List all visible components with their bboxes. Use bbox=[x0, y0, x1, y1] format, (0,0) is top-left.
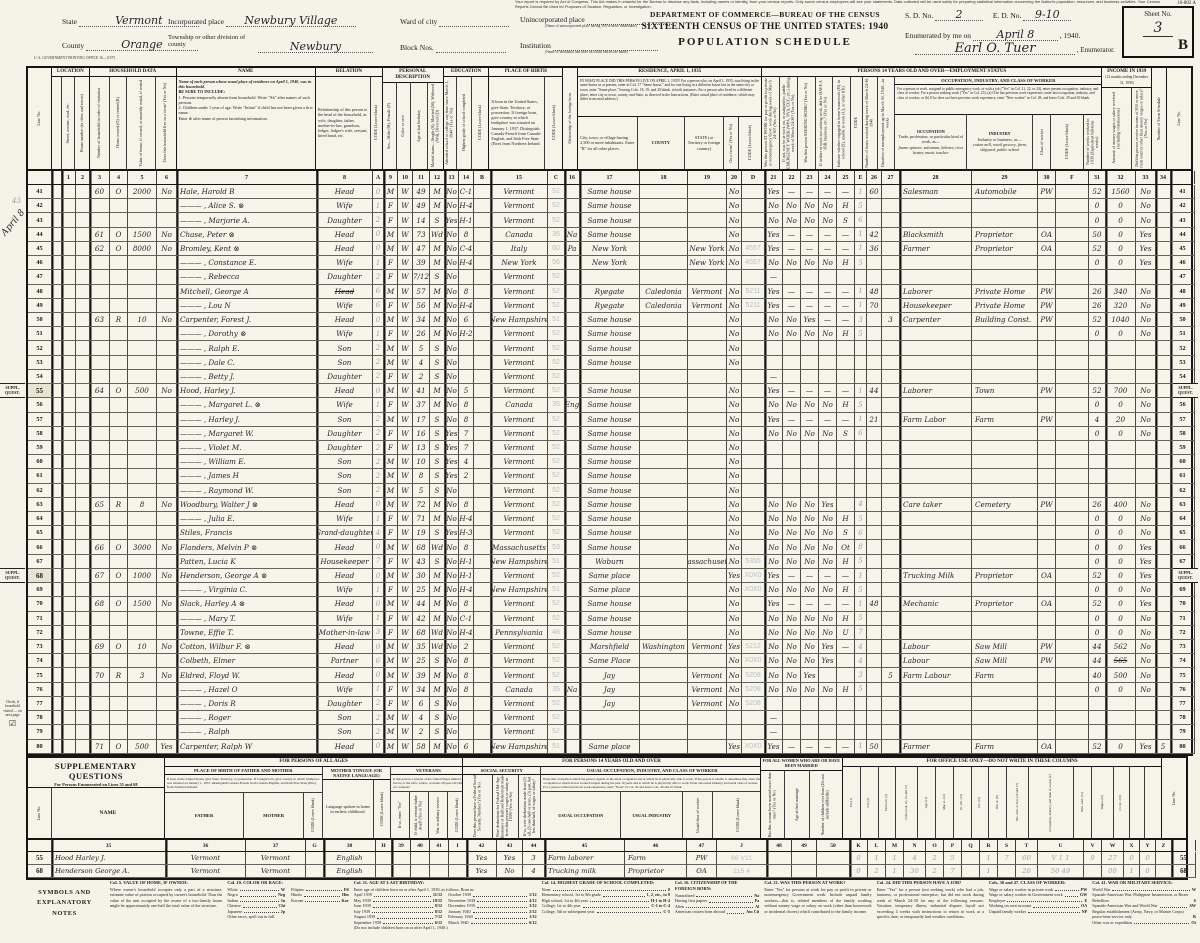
cell-stt-line-53 bbox=[688, 356, 727, 370]
cell-ag-line-46: 39 bbox=[413, 256, 430, 270]
cell-cr-line-80: W bbox=[398, 740, 413, 754]
cell-hh-line-61 bbox=[90, 469, 110, 483]
cell-b-line-54 bbox=[474, 370, 491, 384]
cell-st-line-46 bbox=[62, 256, 76, 270]
cell-own-line-51 bbox=[110, 327, 128, 341]
cell-b-line-49 bbox=[474, 299, 491, 313]
cell-own-line-52 bbox=[110, 341, 128, 355]
cell-oc-line-69 bbox=[900, 583, 972, 597]
cell-cw-line-73: PW bbox=[1038, 640, 1056, 654]
cell-hn-line-69 bbox=[76, 583, 90, 597]
cell-hh-line-60 bbox=[90, 455, 110, 469]
cell-at-line-79: No bbox=[445, 725, 459, 739]
cell-q25-line-52 bbox=[837, 341, 855, 355]
cell-co-line-61 bbox=[640, 469, 688, 483]
cell-cw-line-52 bbox=[1038, 341, 1056, 355]
cell-b-line-78 bbox=[474, 711, 491, 725]
cell-co-line-52 bbox=[640, 341, 688, 355]
cell-own-line-41: O bbox=[110, 185, 128, 199]
cell-ag-line-47: 7/12 bbox=[413, 270, 430, 284]
cell-cw-line-77 bbox=[1038, 697, 1056, 711]
cell-q25-line-51: H bbox=[837, 327, 855, 341]
supp-col-number: K bbox=[850, 840, 868, 851]
cell-own-line-71 bbox=[110, 612, 128, 626]
supp-office-cell: 30 bbox=[904, 865, 926, 878]
cell-q22-line-54 bbox=[783, 370, 801, 384]
cell-q21-line-80: Yes bbox=[765, 740, 783, 754]
cell-at-line-80: No bbox=[445, 740, 459, 754]
cell-rl-line-77: Daughter bbox=[317, 697, 373, 711]
cell-in-line-64 bbox=[972, 512, 1038, 526]
cell-oc-line-58 bbox=[900, 427, 972, 441]
cell-hr-line-68 bbox=[867, 569, 882, 583]
cell-sx-line-64: F bbox=[384, 512, 398, 526]
cell-st-line-52 bbox=[62, 341, 76, 355]
cell-val-line-48 bbox=[128, 285, 157, 299]
cell-hn-line-44 bbox=[76, 228, 90, 242]
cell-stt-line-42 bbox=[688, 199, 727, 213]
cell-gr-line-75: 8 bbox=[459, 668, 474, 682]
cell-co-line-58 bbox=[640, 427, 688, 441]
cell-q21-line-42: No bbox=[765, 199, 783, 213]
cell-q22-line-67: No bbox=[783, 555, 801, 569]
cell-du-line-51 bbox=[882, 327, 900, 341]
cell-gr-line-54 bbox=[459, 370, 474, 384]
cell-b-line-48 bbox=[474, 285, 491, 299]
cell-gr-line-74: 8 bbox=[459, 654, 474, 668]
cell-val-line-42 bbox=[128, 199, 157, 213]
cell-d-line-59 bbox=[742, 441, 765, 455]
cell-cw-line-53 bbox=[1038, 356, 1056, 370]
supp-office-cell bbox=[1084, 865, 1102, 878]
cell-ag-line-63: 72 bbox=[413, 498, 430, 512]
cell-co-line-56 bbox=[640, 398, 688, 412]
cell-wk-line-63: 26 bbox=[1089, 498, 1106, 512]
cell-a-line-49: 6 bbox=[373, 299, 384, 313]
cell-ct-line-43 bbox=[565, 213, 580, 227]
cell-f35-line-74: No bbox=[727, 654, 742, 668]
cell-q24-line-49: — bbox=[819, 299, 837, 313]
cell-sx-line-73: M bbox=[384, 640, 398, 654]
col-number: 13 bbox=[445, 171, 459, 184]
cell-co-line-66 bbox=[640, 540, 688, 554]
cell-cw-line-69 bbox=[1038, 583, 1056, 597]
cell-oc-line-66 bbox=[900, 540, 972, 554]
office-col-label: Wk. st. (E) bbox=[989, 767, 1007, 838]
cell-q25-line-56: H bbox=[837, 398, 855, 412]
cell-pc-line-61: 52 bbox=[548, 469, 565, 483]
cell-val-line-44: 1500 bbox=[128, 228, 157, 242]
col-number: 27 bbox=[882, 171, 900, 184]
cell-wk-line-57: 4 bbox=[1089, 413, 1106, 427]
cell-gut-line-68 bbox=[52, 569, 62, 583]
cell-ln-line-57: 57 bbox=[28, 413, 52, 427]
cell-fc-line-58 bbox=[1056, 427, 1089, 441]
cell-pb-line-56: Canada bbox=[491, 398, 548, 412]
cell-hr-line-74 bbox=[867, 654, 882, 668]
cell-co-line-41 bbox=[640, 185, 688, 199]
cell-own-line-69 bbox=[110, 583, 128, 597]
cell-fc-line-53 bbox=[1056, 356, 1089, 370]
cell-sx-line-52: M bbox=[384, 341, 398, 355]
cell-ln-line-77: 77 bbox=[28, 697, 52, 711]
cell-ot-line-60 bbox=[1136, 455, 1156, 469]
cell-q25-line-60 bbox=[837, 455, 855, 469]
cell-ln-line-71: 71 bbox=[28, 612, 52, 626]
cell-cw-line-79 bbox=[1038, 725, 1056, 739]
cell-in-line-48: Private Home bbox=[972, 285, 1038, 299]
supp-office-cell: 2 bbox=[926, 852, 944, 865]
cell-q22-line-77 bbox=[783, 697, 801, 711]
cell-cy-line-78 bbox=[580, 711, 640, 725]
cell-sx-line-70: M bbox=[384, 597, 398, 611]
cell-fs-line-71 bbox=[1156, 612, 1171, 626]
cell-own-line-78 bbox=[110, 711, 128, 725]
cell-q23-line-51: No bbox=[801, 327, 819, 341]
cell-co-line-48: Caledonia bbox=[640, 285, 688, 299]
cell-own-line-45: O bbox=[110, 242, 128, 256]
cell-q23-line-62 bbox=[801, 484, 819, 498]
cell-b-line-52 bbox=[474, 341, 491, 355]
cell-hr-line-60 bbox=[867, 455, 882, 469]
cell-fc-line-62 bbox=[1056, 484, 1089, 498]
supp-cell-mo-line-55: Vermont bbox=[246, 852, 306, 865]
cell-f35-line-53: No bbox=[727, 356, 742, 370]
sheet-number-box: Sheet No. 3 B bbox=[1122, 6, 1194, 58]
cell-sx-line-60: M bbox=[384, 455, 398, 469]
supp-col-number: V bbox=[1084, 840, 1102, 851]
cell-fm-line-42 bbox=[157, 199, 177, 213]
cell-b-line-42 bbox=[474, 199, 491, 213]
cell-e-line-61 bbox=[855, 469, 867, 483]
cell-pb-line-72: Pennsylvania bbox=[491, 626, 548, 640]
cell-cy-line-77: Jay bbox=[580, 697, 640, 711]
supp-office-cell: 1 bbox=[980, 865, 998, 878]
cell-fm-line-46 bbox=[157, 256, 177, 270]
cell-a-line-68: 0 bbox=[373, 569, 384, 583]
cell-q21-line-46: No bbox=[765, 256, 783, 270]
cell-fm-line-55: No bbox=[157, 384, 177, 398]
cell-q22-line-45: — bbox=[783, 242, 801, 256]
cell-hn-line-68 bbox=[76, 569, 90, 583]
cell-ot-line-65: No bbox=[1136, 526, 1156, 540]
cell-d-line-58 bbox=[742, 427, 765, 441]
supp-cell-w49-line-55 bbox=[792, 852, 817, 865]
cell-ln2-line-46: 46 bbox=[1171, 256, 1195, 270]
cell-gut-line-72 bbox=[52, 626, 62, 640]
income-group: INCOME IN 1939(12 months ending December… bbox=[1102, 68, 1152, 169]
cell-wg-line-72: 0 bbox=[1106, 626, 1136, 640]
cell-e-line-68: 1 bbox=[855, 569, 867, 583]
cell-gut-line-56 bbox=[52, 398, 62, 412]
col-number: 30 bbox=[1038, 171, 1056, 184]
cell-fs-line-67 bbox=[1156, 555, 1171, 569]
cell-cy-line-64: Same house bbox=[580, 512, 640, 526]
cell-hh-line-57 bbox=[90, 413, 110, 427]
occupation-industry-subgroup: OCCUPATION, INDUSTRY, AND CLASS OF WORKE… bbox=[895, 77, 1101, 169]
cell-hh-line-46 bbox=[90, 256, 110, 270]
cell-pc-line-56: 35 bbox=[548, 398, 565, 412]
cell-fc-line-44 bbox=[1056, 228, 1089, 242]
cell-fc-line-42 bbox=[1056, 199, 1089, 213]
cell-gr-line-58: 7 bbox=[459, 427, 474, 441]
supp-office-cell: 1 bbox=[980, 852, 998, 865]
cell-at-line-47: No bbox=[445, 270, 459, 284]
cell-hn-line-78 bbox=[76, 711, 90, 725]
cell-ct-line-76: Na bbox=[565, 683, 580, 697]
cell-e-line-46: 5 bbox=[855, 256, 867, 270]
cell-hh-line-52 bbox=[90, 341, 110, 355]
cell-hn-line-63 bbox=[76, 498, 90, 512]
cell-co-line-70 bbox=[640, 597, 688, 611]
cell-fs-line-56 bbox=[1156, 398, 1171, 412]
cell-st-line-44 bbox=[62, 228, 76, 242]
cell-in-line-79 bbox=[972, 725, 1038, 739]
cell-hr-line-51 bbox=[867, 327, 882, 341]
cell-wg-line-53 bbox=[1106, 356, 1136, 370]
cell-cr-line-49: W bbox=[398, 299, 413, 313]
cell-a-line-51: 1 bbox=[373, 327, 384, 341]
cell-oc-line-61 bbox=[900, 469, 972, 483]
cell-rl-line-41: Head bbox=[317, 185, 373, 199]
cell-own-line-43 bbox=[110, 213, 128, 227]
cell-val-line-67 bbox=[128, 555, 157, 569]
cell-ln2-line-50: 50 bbox=[1171, 313, 1195, 327]
cell-q23-line-61 bbox=[801, 469, 819, 483]
cell-wk-line-51: 0 bbox=[1089, 327, 1106, 341]
cell-a-line-43: 2 bbox=[373, 213, 384, 227]
cell-in-line-50: Building Const. bbox=[972, 313, 1038, 327]
cell-cw-line-54 bbox=[1038, 370, 1056, 384]
cell-f35-line-65: No bbox=[727, 526, 742, 540]
cell-q21-line-60 bbox=[765, 455, 783, 469]
cell-at-line-64: No bbox=[445, 512, 459, 526]
cell-sx-line-65: F bbox=[384, 526, 398, 540]
cell-wk-line-50: 52 bbox=[1089, 313, 1106, 327]
cell-hr-line-62 bbox=[867, 484, 882, 498]
cell-wk-line-53 bbox=[1089, 356, 1106, 370]
cell-in-line-43 bbox=[972, 213, 1038, 227]
cell-q24-line-61 bbox=[819, 469, 837, 483]
cell-co-line-50 bbox=[640, 313, 688, 327]
cell-sx-line-80: M bbox=[384, 740, 398, 754]
cell-e-line-78 bbox=[855, 711, 867, 725]
cell-ln2-line-56: 56 bbox=[1171, 398, 1195, 412]
cell-du-line-63 bbox=[882, 498, 900, 512]
cell-gut-line-77 bbox=[52, 697, 62, 711]
cell-du-line-66 bbox=[882, 540, 900, 554]
cell-nm-line-59: ——— , Violet M. bbox=[177, 441, 317, 455]
cell-q22-line-70: — bbox=[783, 597, 801, 611]
cell-fc-line-67 bbox=[1056, 555, 1089, 569]
cell-stt-line-43 bbox=[688, 213, 727, 227]
cell-q21-line-65: No bbox=[765, 526, 783, 540]
cell-gr-line-59: 7 bbox=[459, 441, 474, 455]
cell-cy-line-60: Same house bbox=[580, 455, 640, 469]
cell-pc-line-77: 52 bbox=[548, 697, 565, 711]
cell-q23-line-42: No bbox=[801, 199, 819, 213]
cell-ag-line-61: 8 bbox=[413, 469, 430, 483]
cell-ag-line-79: 2 bbox=[413, 725, 430, 739]
cell-cy-line-75: Jay bbox=[580, 668, 640, 682]
cell-q23-line-60 bbox=[801, 455, 819, 469]
supp-col-number: 42 bbox=[467, 840, 497, 851]
col-number: 26 bbox=[867, 171, 882, 184]
supp-cell-v41-line-55 bbox=[430, 852, 449, 865]
cell-ot-line-68: Yes bbox=[1136, 569, 1156, 583]
cell-val-line-54 bbox=[128, 370, 157, 384]
cell-pc-line-51: 52 bbox=[548, 327, 565, 341]
cell-hh-line-59 bbox=[90, 441, 110, 455]
cell-at-line-69: No bbox=[445, 583, 459, 597]
cell-q21-line-44: Yes bbox=[765, 228, 783, 242]
cell-wk-line-44: 50 bbox=[1089, 228, 1106, 242]
cell-nm-line-55: Hood, Harley J. bbox=[177, 384, 317, 398]
cell-stt-line-51 bbox=[688, 327, 727, 341]
cell-ln2-line-65: 65 bbox=[1171, 526, 1195, 540]
cell-nm-line-57: ——— , Harley J. bbox=[177, 413, 317, 427]
cell-gut-line-42 bbox=[52, 199, 62, 213]
cell-a-line-70: 0 bbox=[373, 597, 384, 611]
cell-st-line-49 bbox=[62, 299, 76, 313]
supp-office-cell: 0 bbox=[1140, 852, 1156, 865]
cell-stt-line-48: Vermont bbox=[688, 285, 727, 299]
cell-fm-line-74 bbox=[157, 654, 177, 668]
cell-ot-line-61 bbox=[1136, 469, 1156, 483]
cell-cr-line-75: W bbox=[398, 668, 413, 682]
cell-q25-line-47 bbox=[837, 270, 855, 284]
cell-nm-line-45: Bromley, Kent ⊗ bbox=[177, 242, 317, 256]
cell-in-line-41: Automobile bbox=[972, 185, 1038, 199]
supp-office-cell: 5 bbox=[944, 852, 962, 865]
cell-d-line-72 bbox=[742, 626, 765, 640]
cell-hr-line-49: 70 bbox=[867, 299, 882, 313]
cell-hr-line-70: 48 bbox=[867, 597, 882, 611]
cell-gut-line-50 bbox=[52, 313, 62, 327]
cell-ag-line-44: 73 bbox=[413, 228, 430, 242]
table-header: Line No. LOCATION Street, avenue, road, … bbox=[26, 66, 1193, 171]
cell-sx-line-68: M bbox=[384, 569, 398, 583]
cell-st-line-76 bbox=[62, 683, 76, 697]
cell-du-line-55 bbox=[882, 384, 900, 398]
cell-own-line-61 bbox=[110, 469, 128, 483]
cell-ct-line-42 bbox=[565, 199, 580, 213]
office-col-label: Gr. sch. (14) bbox=[954, 767, 972, 838]
cell-pb-line-69: New Hampshire bbox=[491, 583, 548, 597]
cell-own-line-47 bbox=[110, 270, 128, 284]
cell-hh-line-75: 70 bbox=[90, 668, 110, 682]
cell-rl-line-43: Daughter bbox=[317, 213, 373, 227]
cell-st-line-41 bbox=[62, 185, 76, 199]
cell-du-line-67 bbox=[882, 555, 900, 569]
cell-at-line-58: Yes bbox=[445, 427, 459, 441]
cell-f35-line-41: No bbox=[727, 185, 742, 199]
cell-oc-line-65 bbox=[900, 526, 972, 540]
location-group: LOCATION Street, avenue, road, etc. Hous… bbox=[52, 68, 90, 169]
cell-hr-line-50 bbox=[867, 313, 882, 327]
cell-pb-line-80: New Hampshire bbox=[491, 740, 548, 754]
cell-du-line-42 bbox=[882, 199, 900, 213]
cell-ct-line-78 bbox=[565, 711, 580, 725]
cell-fc-line-63 bbox=[1056, 498, 1089, 512]
col-number: 14 bbox=[459, 171, 474, 184]
cell-hr-line-46 bbox=[867, 256, 882, 270]
supp-office-cell: 00 bbox=[1102, 865, 1124, 878]
cell-pc-line-68: 52 bbox=[548, 569, 565, 583]
cell-oc-line-80: Farmer bbox=[900, 740, 972, 754]
cell-cw-line-71 bbox=[1038, 612, 1056, 626]
cell-at-line-50: No bbox=[445, 313, 459, 327]
cell-ot-line-70: Yes bbox=[1136, 597, 1156, 611]
cell-q25-line-63 bbox=[837, 498, 855, 512]
cell-b-line-70 bbox=[474, 597, 491, 611]
cell-oc-line-46 bbox=[900, 256, 972, 270]
supp-office-cell: 2 bbox=[868, 865, 886, 878]
cell-nm-line-53: ——— , Dale C. bbox=[177, 356, 317, 370]
cell-q23-line-46: No bbox=[801, 256, 819, 270]
cell-q22-line-50: No bbox=[783, 313, 801, 327]
cell-hh-line-64 bbox=[90, 512, 110, 526]
cell-in-line-61 bbox=[972, 469, 1038, 483]
cell-rl-line-70: Head bbox=[317, 597, 373, 611]
cell-cy-line-63: Same house bbox=[580, 498, 640, 512]
cell-hh-line-58 bbox=[90, 427, 110, 441]
cell-q24-line-74: Yes bbox=[819, 654, 837, 668]
cell-q22-line-55: — bbox=[783, 384, 801, 398]
cell-nm-line-77: ——— , Doris R bbox=[177, 697, 317, 711]
supp-cell-v41-line-68 bbox=[430, 865, 449, 878]
cell-pc-line-66: 53 bbox=[548, 540, 565, 554]
cell-pc-line-73: 52 bbox=[548, 640, 565, 654]
cell-q25-line-61 bbox=[837, 469, 855, 483]
cell-sx-line-69: F bbox=[384, 583, 398, 597]
cell-fs-line-76 bbox=[1156, 683, 1171, 697]
cell-ct-line-46 bbox=[565, 256, 580, 270]
supp-cell-oc-line-55: Farm laborer bbox=[545, 852, 625, 865]
supp-col-number: T bbox=[1016, 840, 1038, 851]
cell-ag-line-75: 39 bbox=[413, 668, 430, 682]
margin-check-note: Check, if household visited — on next pa… bbox=[0, 700, 25, 729]
cell-fc-line-59 bbox=[1056, 441, 1089, 455]
cell-cy-line-51: Same house bbox=[580, 327, 640, 341]
cell-st-line-43 bbox=[62, 213, 76, 227]
cell-co-line-64 bbox=[640, 512, 688, 526]
supp-col-number: 48 bbox=[767, 840, 792, 851]
cell-at-line-77: No bbox=[445, 697, 459, 711]
note-item: Unpaid family workerNP bbox=[989, 909, 1087, 914]
cell-d-line-41 bbox=[742, 185, 765, 199]
cell-q24-line-67: No bbox=[819, 555, 837, 569]
cell-wg-line-49: 320 bbox=[1106, 299, 1136, 313]
cell-ag-line-73: 35 bbox=[413, 640, 430, 654]
cell-hn-line-72 bbox=[76, 626, 90, 640]
cell-sx-line-53: M bbox=[384, 356, 398, 370]
cell-wk-line-76: 0 bbox=[1089, 683, 1106, 697]
cell-cy-line-41: Same house bbox=[580, 185, 640, 199]
cell-ct-line-79 bbox=[565, 725, 580, 739]
cell-st-line-62 bbox=[62, 484, 76, 498]
cell-q25-line-76: H bbox=[837, 683, 855, 697]
cell-ag-line-54: 2 bbox=[413, 370, 430, 384]
cell-gr-line-41: C-1 bbox=[459, 185, 474, 199]
cell-fs-line-61 bbox=[1156, 469, 1171, 483]
cell-q24-line-63: Yes bbox=[819, 498, 837, 512]
col-number: 1 bbox=[62, 171, 76, 184]
cell-du-line-41 bbox=[882, 185, 900, 199]
cell-st-line-56 bbox=[62, 398, 76, 412]
cell-q24-line-42: No bbox=[819, 199, 837, 213]
cell-fs-line-55 bbox=[1156, 384, 1171, 398]
